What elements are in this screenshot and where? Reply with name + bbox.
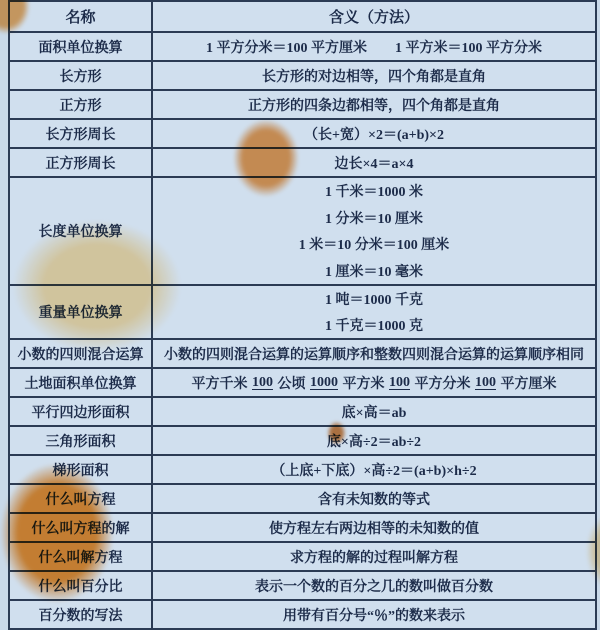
row-name: 什么叫方程	[10, 485, 153, 512]
row-name: 长方形	[10, 62, 153, 89]
table-row: 长方形长方形的对边相等，四个角都是直角	[10, 62, 595, 91]
table-row: 平行四边形面积底×高＝ab	[10, 398, 595, 427]
header-meaning-column: 含义（方法）	[153, 2, 595, 31]
row-name: 正方形周长	[10, 149, 153, 176]
row-name: 长方形周长	[10, 120, 153, 147]
row-name: 正方形	[10, 91, 153, 118]
row-name: 什么叫解方程	[10, 543, 153, 570]
row-meaning: 正方形的四条边都相等，四个角都是直角	[153, 91, 595, 118]
row-meaning: 表示一个数的百分之几的数叫做百分数	[153, 572, 595, 599]
table-row: 什么叫方程含有未知数的等式	[10, 485, 595, 514]
table-row: 长方形周长（长+宽）×2＝(a+b)×2	[10, 120, 595, 149]
row-meaning: 用带有百分号“％”的数来表示	[153, 601, 595, 628]
row-name: 什么叫百分比	[10, 572, 153, 599]
table-header-row: 名称 含义（方法）	[10, 2, 595, 33]
header-name-column: 名称	[10, 2, 153, 31]
table-row: 什么叫解方程求方程的解的过程叫解方程	[10, 543, 595, 572]
table-row: 小数的四则混合运算小数的四则混合运算的运算顺序和整数四则混合运算的运算顺序相同	[10, 340, 595, 369]
row-name: 百分数的写法	[10, 601, 153, 628]
row-meaning: 1 千米＝1000 米1 分米＝10 厘米1 米＝10 分米＝100 厘米1 厘…	[153, 178, 595, 284]
row-meaning: 求方程的解的过程叫解方程	[153, 543, 595, 570]
table-row: 面积单位换算1 平方分米＝100 平方厘米 1 平方米＝100 平方分米	[10, 33, 595, 62]
row-meaning: 平方千米 100 公顷 1000 平方米 100 平方分米 100 平方厘米	[153, 369, 595, 396]
table-row: 什么叫百分比表示一个数的百分之几的数叫做百分数	[10, 572, 595, 601]
row-meaning: （长+宽）×2＝(a+b)×2	[153, 120, 595, 147]
row-name: 重量单位换算	[10, 286, 153, 338]
row-name: 三角形面积	[10, 427, 153, 454]
row-meaning: 长方形的对边相等，四个角都是直角	[153, 62, 595, 89]
row-name: 平行四边形面积	[10, 398, 153, 425]
table-row: 三角形面积底×高÷2＝ab÷2	[10, 427, 595, 456]
row-name: 长度单位换算	[10, 178, 153, 284]
table-row: 长度单位换算1 千米＝1000 米1 分米＝10 厘米1 米＝10 分米＝100…	[10, 178, 595, 286]
table-row: 正方形周长边长×4＝a×4	[10, 149, 595, 178]
row-name: 小数的四则混合运算	[10, 340, 153, 367]
row-name: 面积单位换算	[10, 33, 153, 60]
row-meaning: 含有未知数的等式	[153, 485, 595, 512]
row-meaning: 边长×4＝a×4	[153, 149, 595, 176]
row-meaning: 小数的四则混合运算的运算顺序和整数四则混合运算的运算顺序相同	[153, 340, 595, 367]
table-row: 正方形正方形的四条边都相等，四个角都是直角	[10, 91, 595, 120]
table-row: 什么叫方程的解使方程左右两边相等的未知数的值	[10, 514, 595, 543]
table-row: 土地面积单位换算平方千米 100 公顷 1000 平方米 100 平方分米 10…	[10, 369, 595, 398]
table-row: 百分数的写法用带有百分号“％”的数来表示	[10, 601, 595, 630]
row-meaning: 1 平方分米＝100 平方厘米 1 平方米＝100 平方分米	[153, 33, 595, 60]
table-row: 重量单位换算1 吨＝1000 千克1 千克＝1000 克	[10, 286, 595, 340]
row-meaning: 底×高＝ab	[153, 398, 595, 425]
row-name: 土地面积单位换算	[10, 369, 153, 396]
row-meaning: 使方程左右两边相等的未知数的值	[153, 514, 595, 541]
row-name: 什么叫方程的解	[10, 514, 153, 541]
row-meaning: 1 吨＝1000 千克1 千克＝1000 克	[153, 286, 595, 338]
formula-table-body: 面积单位换算1 平方分米＝100 平方厘米 1 平方米＝100 平方分米长方形长…	[10, 33, 595, 630]
row-meaning: （上底+下底）×高÷2＝(a+b)×h÷2	[153, 456, 595, 483]
formula-table: 名称 含义（方法） 面积单位换算1 平方分米＝100 平方厘米 1 平方米＝10…	[8, 0, 597, 630]
table-row: 梯形面积（上底+下底）×高÷2＝(a+b)×h÷2	[10, 456, 595, 485]
row-meaning: 底×高÷2＝ab÷2	[153, 427, 595, 454]
row-name: 梯形面积	[10, 456, 153, 483]
math-formula-sheet: 名称 含义（方法） 面积单位换算1 平方分米＝100 平方厘米 1 平方米＝10…	[0, 0, 600, 630]
